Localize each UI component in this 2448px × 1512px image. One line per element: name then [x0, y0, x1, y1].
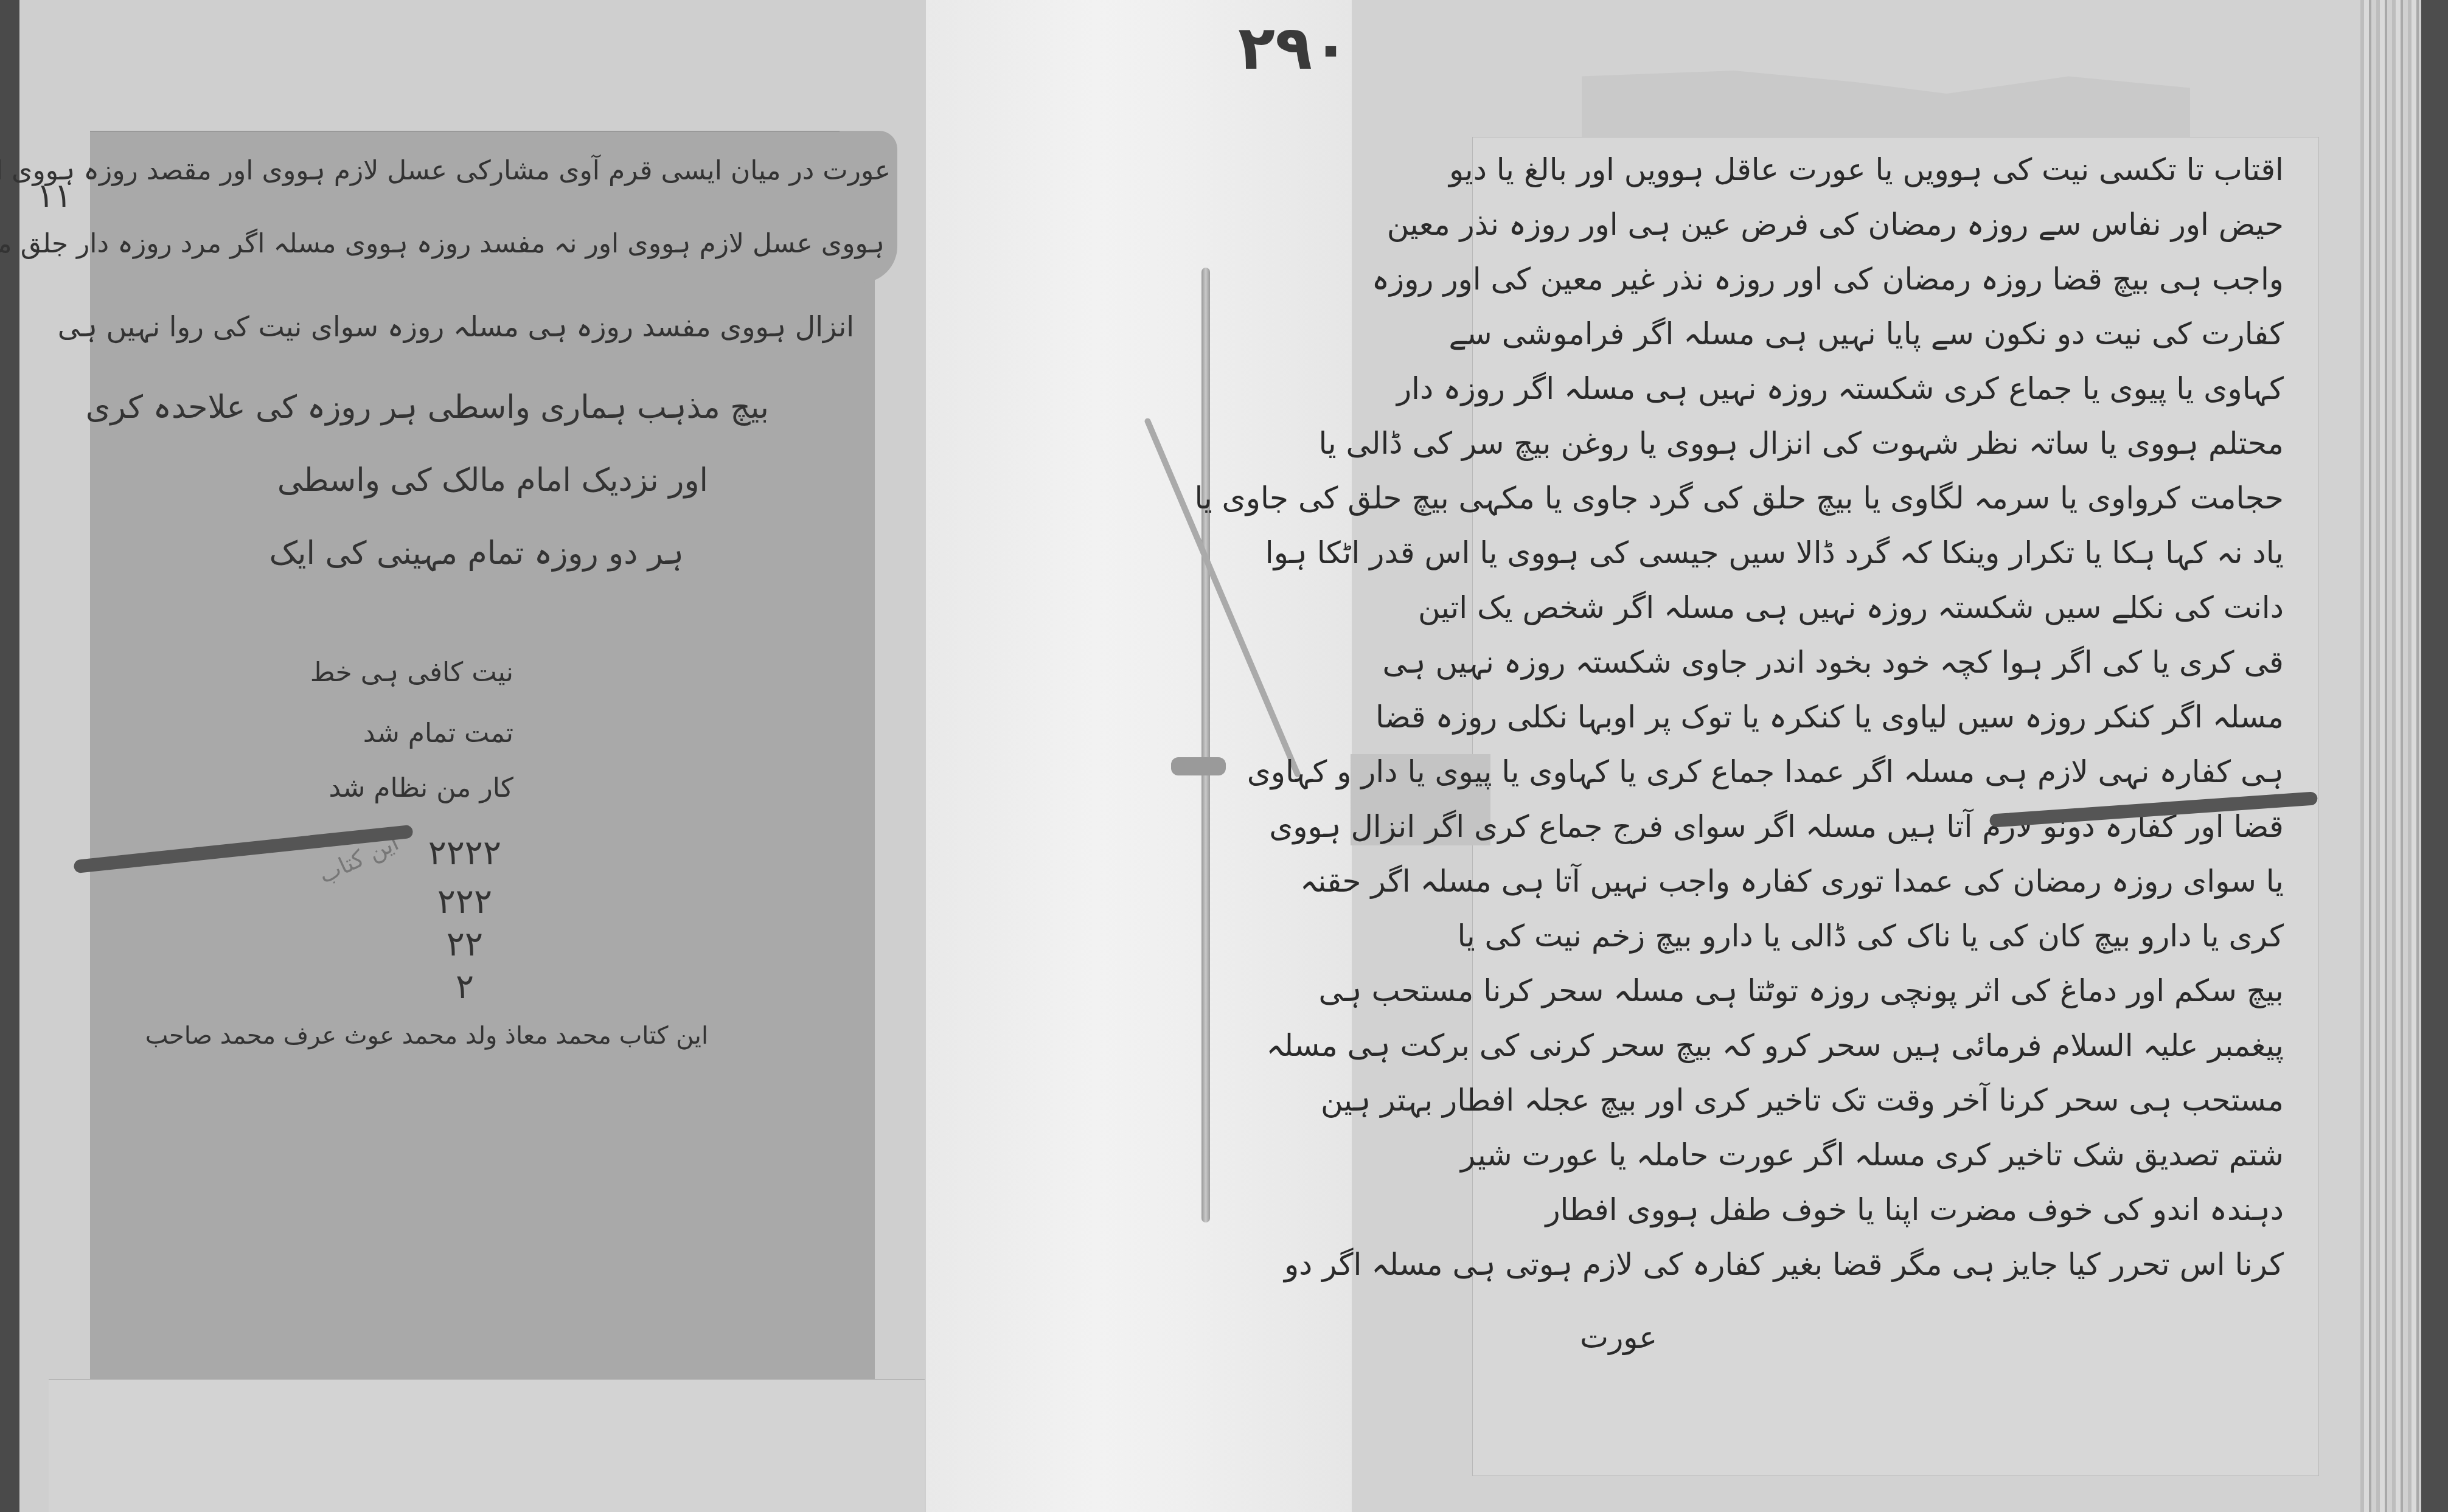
text-line: ہووی عسل لازم ہووی اور نہ مفسد روزہ ہووی… [0, 228, 885, 259]
colophon-line: این کتاب محمد معاذ ولد محمد عوث عرف محمد… [145, 1022, 708, 1050]
text-line: اور نزدیک امام مالک کی واسطی [277, 462, 708, 499]
text-line: ۲۲۲ [437, 882, 492, 921]
text-line: یاد نہ کہا ہکا یا تکرار وینکا کہ گرد ڈال… [1265, 535, 2284, 570]
text-line: یا سوای روزہ رمضان کی عمدا توری کفارہ وا… [1300, 864, 2284, 899]
text-line: انزال ہووی مفسد روزہ ہی مسلہ روزہ سوای ن… [58, 310, 854, 343]
text-line: عورت در میان ایسی قرم آوی مشارکی عسل لاز… [0, 155, 891, 186]
text-line: تمت تمام شد [363, 718, 513, 749]
text-line: کار من نظام شد [329, 772, 513, 803]
text-line: مسلہ اگر کنکر روزہ سیں لیاوی یا کنکرہ یا… [1375, 699, 2284, 735]
book-binding-right [2421, 0, 2448, 1512]
text-line: بیچ مذہب ہماری واسطی ہر روزہ کی علاحدہ ک… [86, 389, 769, 426]
left-leaf-top-extension [840, 131, 897, 283]
text-line: اقتاب تا تکسی نیت کی ہوویں یا عورت عاقل … [1449, 152, 2284, 187]
text-line: کفارت کی نیت دو نکون سے پایا نہیں ہی مسل… [1449, 316, 2284, 352]
text-line: ہر دو روزہ تمام مہینی کی ایک [269, 535, 684, 572]
catchword: عورت [1580, 1320, 1657, 1355]
text-line: ۲۲۲۲ [428, 833, 501, 873]
text-line: ہی کفارہ نہی لازم ہی مسلہ اگر عمدا جماع … [1247, 754, 2284, 789]
text-line: حیض اور نفاس سے روزہ رمضان کی فرض عین ہی… [1387, 207, 2284, 242]
text-line: شتم تصدیق شک تاخیر کری مسلہ اگر عورت حام… [1461, 1137, 2284, 1173]
text-line: کہاوی یا پیوی یا جماع کری شکستہ روزہ نہی… [1397, 371, 2284, 406]
text-line: نیت کافی ہی خط [310, 657, 513, 688]
text-line: ۲ [456, 967, 474, 1007]
text-line: پیغمبر علیہ السلام فرمائی ہیں سحر کرو کہ… [1266, 1028, 2284, 1063]
text-line: دانت کی نکلے سیں شکستہ روزہ نہیں ہی مسلہ… [1418, 590, 2284, 625]
book-binding-left [0, 0, 19, 1512]
folio-number: ۲۹۰ [1238, 12, 1349, 83]
text-line: حجامت کرواوی یا سرمہ لگاوی یا بیچ حلق کی… [1195, 480, 2284, 516]
repair-patch-bottom [49, 1379, 925, 1512]
text-line: واجب ہی بیچ قضا روزہ رمضان کی اور روزہ ن… [1372, 262, 2284, 297]
text-line: کرنا اس تحرر کیا جایز ہی مگر قضا بغیر کف… [1284, 1247, 2284, 1282]
text-line: دہندہ اندو کی خوف مضرت اپنا یا خوف طفل ہ… [1545, 1192, 2284, 1227]
text-line: مستحب ہی سحر کرنا آخر وقت تک تاخیر کری ا… [1321, 1083, 2284, 1118]
page-edges [2360, 0, 2421, 1512]
thread-knot [1171, 757, 1226, 775]
text-line: کری یا دارو بیچ کان کی یا ناک کی ڈالی یا… [1458, 918, 2284, 954]
text-line: بیچ سکم اور دماغ کی اثر پونچی روزہ توٹتا… [1319, 973, 2284, 1008]
text-line: ۲۲ [447, 924, 483, 964]
binding-thread [1201, 268, 1210, 1222]
text-line: قی کری یا کی اگر ہوا کچہ خود بخود اندر ج… [1383, 645, 2284, 680]
text-line: محتلم ہووی یا ساتہ نظر شہوت کی انزال ہوو… [1319, 426, 2284, 461]
